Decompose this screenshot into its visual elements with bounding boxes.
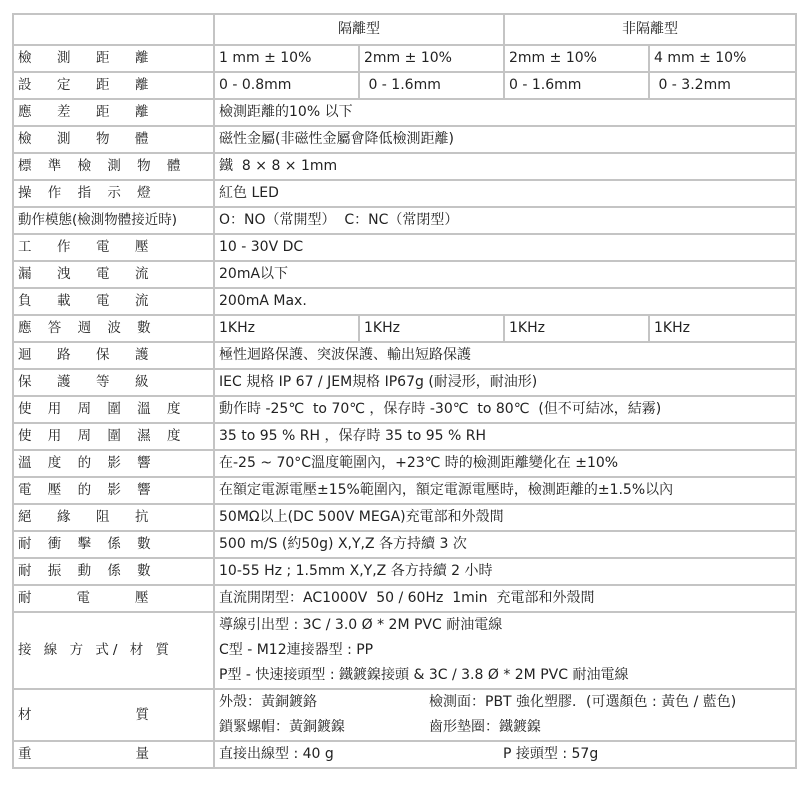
material-left: 外殼：黃銅鍍鉻 xyxy=(219,690,429,715)
row-shock: 耐 衝 擊 係 數 500 m/S (約50g) X,Y,Z 各方持續 3 次 xyxy=(13,531,796,558)
row-temperature-influence: 溫 度 的 影 響 在-25 ~ 70°C溫度範圍內，+23℃ 時的檢測距離變化… xyxy=(13,450,796,477)
row-set-distance: 設 定 距 離 0 - 0.8mm 0 - 1.6mm 0 - 1.6mm 0 … xyxy=(13,72,796,99)
connection-line: C型 - M12連接器型 : PP xyxy=(219,638,791,663)
row-label: 保 護 等 級 xyxy=(13,369,214,396)
cell-value: 直接出線型 : 40 g P 接頭型 : 57g xyxy=(214,741,796,768)
row-label: 重 量 xyxy=(13,741,214,768)
cell-value: 4 mm ± 10% xyxy=(649,45,796,72)
row-leakage-current: 漏 洩 電 流 20mA以下 xyxy=(13,261,796,288)
cell-value: 10 - 30V DC xyxy=(214,234,796,261)
cell-value: 0 - 3.2mm xyxy=(649,72,796,99)
cell-value: 50MΩ以上(DC 500V MEGA)充電部和外殼間 xyxy=(214,504,796,531)
row-ambient-temperature: 使 用 周 圍 溫 度 動作時 -25℃ to 70℃ ，保存時 -30℃ to… xyxy=(13,396,796,423)
row-label: 動作模態(檢測物體接近時) xyxy=(13,207,214,234)
row-label: 應 差 距 離 xyxy=(13,99,214,126)
cell-value: 極性迴路保護、突波保護、輸出短路保護 xyxy=(214,342,796,369)
cell-value: 紅色 LED xyxy=(214,180,796,207)
row-label: 操 作 指 示 燈 xyxy=(13,180,214,207)
row-label: 絕 緣 阻 抗 xyxy=(13,504,214,531)
row-label: 耐 衝 擊 係 數 xyxy=(13,531,214,558)
row-voltage-influence: 電 壓 的 影 響 在額定電源電壓±15%範圍內，額定電源電壓時，檢測距離的±1… xyxy=(13,477,796,504)
weight-p-connector: P 接頭型 : 57g xyxy=(503,742,598,767)
row-circuit-protection: 迴 路 保 護 極性迴路保護、突波保護、輸出短路保護 xyxy=(13,342,796,369)
cell-value: 在-25 ~ 70°C溫度範圍內，+23℃ 時的檢測距離變化在 ±10% xyxy=(214,450,796,477)
cell-value: 1KHz xyxy=(214,315,359,342)
row-label: 溫 度 的 影 響 xyxy=(13,450,214,477)
row-protection-grade: 保 護 等 級 IEC 規格 IP 67 / JEM規格 IP67g (耐浸形，… xyxy=(13,369,796,396)
cell-value: O：NO（常開型） C：NC（常閉型） xyxy=(214,207,796,234)
row-label: 檢 測 距 離 xyxy=(13,45,214,72)
row-connection: 接 線 方 式/ 材 質 導線引出型 : 3C / 3.0 Ø * 2M PVC… xyxy=(13,612,796,689)
cell-value: 0 - 0.8mm xyxy=(214,72,359,99)
row-label: 設 定 距 離 xyxy=(13,72,214,99)
row-indicator: 操 作 指 示 燈 紅色 LED xyxy=(13,180,796,207)
row-label: 檢 測 物 體 xyxy=(13,126,214,153)
row-label: 應 答 週 波 數 xyxy=(13,315,214,342)
row-label: 材 質 xyxy=(13,689,214,741)
row-label: 接 線 方 式/ 材 質 xyxy=(13,612,214,689)
row-response-frequency: 應 答 週 波 數 1KHz 1KHz 1KHz 1KHz xyxy=(13,315,796,342)
cell-value: 導線引出型 : 3C / 3.0 Ø * 2M PVC 耐油電線 C型 - M1… xyxy=(214,612,796,689)
row-label: 漏 洩 電 流 xyxy=(13,261,214,288)
spec-table: 隔離型 非隔離型 檢 測 距 離 1 mm ± 10% 2mm ± 10% 2m… xyxy=(12,13,797,769)
cell-value: 2mm ± 10% xyxy=(359,45,504,72)
label-left: 重 xyxy=(18,742,32,767)
header-blank xyxy=(13,14,214,45)
row-label: 工 作 電 壓 xyxy=(13,234,214,261)
cell-value: 動作時 -25℃ to 70℃ ，保存時 -30℃ to 80℃ (但不可結冰，… xyxy=(214,396,796,423)
cell-value: 35 to 95 % RH ，保存時 35 to 95 % RH xyxy=(214,423,796,450)
row-weight: 重 量 直接出線型 : 40 g P 接頭型 : 57g xyxy=(13,741,796,768)
cell-value: 0 - 1.6mm xyxy=(504,72,649,99)
connection-line: 導線引出型 : 3C / 3.0 Ø * 2M PVC 耐油電線 xyxy=(219,613,791,638)
row-label: 耐 振 動 係 數 xyxy=(13,558,214,585)
row-label: 使 用 周 圍 濕 度 xyxy=(13,423,214,450)
material-right: 檢測面：PBT 強化塑膠．(可選顏色 : 黃色 / 藍色) xyxy=(429,690,736,715)
cell-value: 直流開閉型：AC1000V 50 / 60Hz 1min 充電部和外殼間 xyxy=(214,585,796,612)
cell-value: IEC 規格 IP 67 / JEM規格 IP67g (耐浸形，耐油形) xyxy=(214,369,796,396)
material-left: 鎖緊螺帽：黃銅鍍鎳 xyxy=(219,715,429,740)
connection-line: P型 - 快速接頭型 : 鐵鍍鎳接頭 & 3C / 3.8 Ø * 2M PVC… xyxy=(219,663,791,688)
label-right: 量 xyxy=(136,742,150,767)
row-working-voltage: 工 作 電 壓 10 - 30V DC xyxy=(13,234,796,261)
label-right: 質 xyxy=(136,703,150,728)
row-label: 迴 路 保 護 xyxy=(13,342,214,369)
row-hysteresis: 應 差 距 離 檢測距離的10% 以下 xyxy=(13,99,796,126)
weight-direct: 直接出線型 : 40 g xyxy=(219,742,503,767)
cell-value: 1KHz xyxy=(504,315,649,342)
row-label: 負 載 電 流 xyxy=(13,288,214,315)
cell-value: 外殼：黃銅鍍鉻 檢測面：PBT 強化塑膠．(可選顏色 : 黃色 / 藍色) 鎖緊… xyxy=(214,689,796,741)
row-vibration: 耐 振 動 係 數 10-55 Hz ; 1.5mm X,Y,Z 各方持續 2 … xyxy=(13,558,796,585)
row-detect-object: 檢 測 物 體 磁性金屬(非磁性金屬會降低檢測距離) xyxy=(13,126,796,153)
cell-value: 1 mm ± 10% xyxy=(214,45,359,72)
cell-value: 1KHz xyxy=(649,315,796,342)
row-material: 材 質 外殼：黃銅鍍鉻 檢測面：PBT 強化塑膠．(可選顏色 : 黃色 / 藍色… xyxy=(13,689,796,741)
row-detect-distance: 檢 測 距 離 1 mm ± 10% 2mm ± 10% 2mm ± 10% 4… xyxy=(13,45,796,72)
row-standard-object: 標 準 檢 測 物 體 鐵 8 × 8 × 1mm xyxy=(13,153,796,180)
cell-value: 20mA以下 xyxy=(214,261,796,288)
row-ambient-humidity: 使 用 周 圍 濕 度 35 to 95 % RH ，保存時 35 to 95 … xyxy=(13,423,796,450)
row-insulation: 絕 緣 阻 抗 50MΩ以上(DC 500V MEGA)充電部和外殼間 xyxy=(13,504,796,531)
header-isolated: 隔離型 xyxy=(214,14,504,45)
material-right: 齒形墊圈：鐵鍍鎳 xyxy=(429,715,541,740)
cell-value: 500 m/S (約50g) X,Y,Z 各方持續 3 次 xyxy=(214,531,796,558)
row-label: 標 準 檢 測 物 體 xyxy=(13,153,214,180)
cell-value: 1KHz xyxy=(359,315,504,342)
cell-value: 2mm ± 10% xyxy=(504,45,649,72)
cell-value: 10-55 Hz ; 1.5mm X,Y,Z 各方持續 2 小時 xyxy=(214,558,796,585)
cell-value: 200mA Max. xyxy=(214,288,796,315)
row-dielectric: 耐 電 壓 直流開閉型：AC1000V 50 / 60Hz 1min 充電部和外… xyxy=(13,585,796,612)
cell-value: 檢測距離的10% 以下 xyxy=(214,99,796,126)
cell-value: 在額定電源電壓±15%範圍內，額定電源電壓時，檢測距離的±1.5%以內 xyxy=(214,477,796,504)
label-left: 材 xyxy=(18,703,32,728)
cell-value: 磁性金屬(非磁性金屬會降低檢測距離) xyxy=(214,126,796,153)
row-label: 耐 電 壓 xyxy=(13,585,214,612)
cell-value: 0 - 1.6mm xyxy=(359,72,504,99)
row-load-current: 負 載 電 流 200mA Max. xyxy=(13,288,796,315)
cell-value: 鐵 8 × 8 × 1mm xyxy=(214,153,796,180)
header-non-isolated: 非隔離型 xyxy=(504,14,796,45)
header-row: 隔離型 非隔離型 xyxy=(13,14,796,45)
row-label: 使 用 周 圍 溫 度 xyxy=(13,396,214,423)
row-operation-mode: 動作模態(檢測物體接近時) O：NO（常開型） C：NC（常閉型） xyxy=(13,207,796,234)
row-label: 電 壓 的 影 響 xyxy=(13,477,214,504)
